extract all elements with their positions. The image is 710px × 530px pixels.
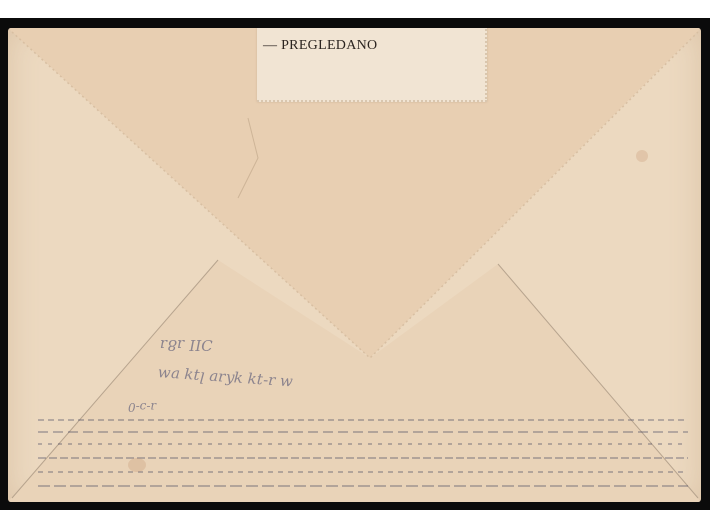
stain — [636, 150, 648, 162]
censor-label-text: — PREGLEDANO — [263, 38, 377, 54]
censor-label: — PREGLEDANO — [257, 28, 487, 102]
pencil-note: ɹ-ɔ-0 — [128, 400, 156, 414]
stain — [128, 458, 146, 472]
pencil-note: ƆӀӀ ɹ8ɹ — [160, 336, 213, 354]
envelope-back: — PREGLEDANO ƆӀӀ ɹ8ɹ ʍ ɹ-ʇʞ ʞʎɹɐ lʇʞ ɐʍ … — [8, 28, 701, 502]
